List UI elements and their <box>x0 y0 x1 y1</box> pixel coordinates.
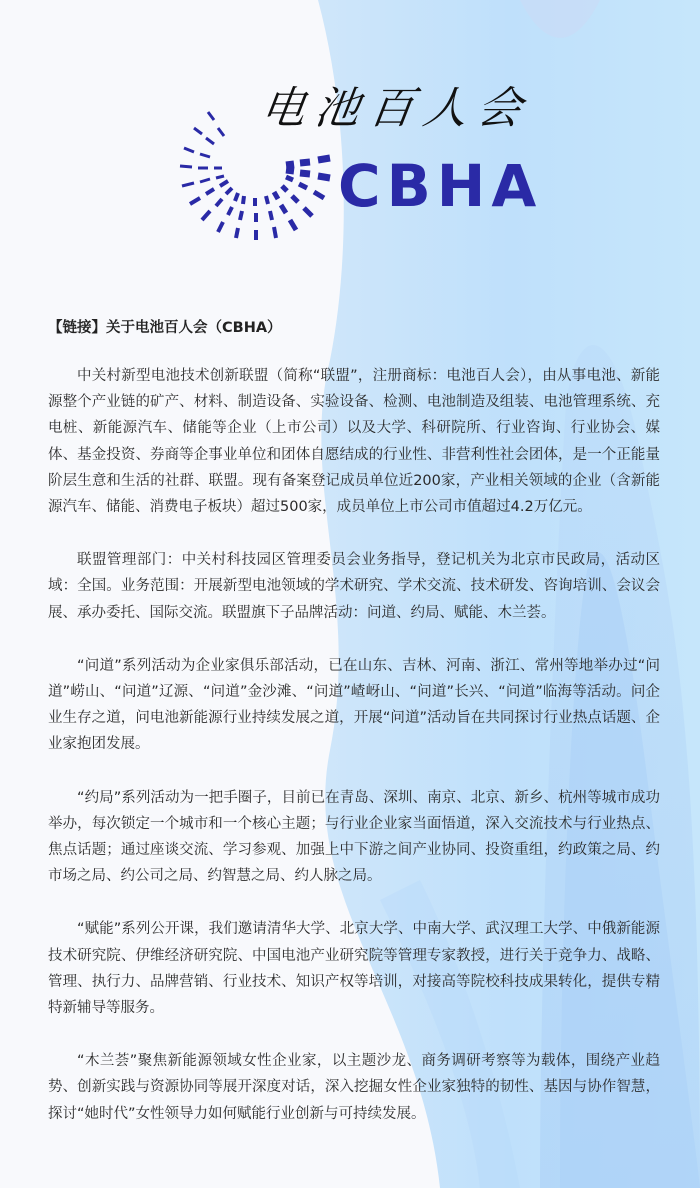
article-body: 中关村新型电池技术创新联盟（简称“联盟”，注册商标：电池百人会），由从事电池、新… <box>48 363 660 1154</box>
logo-english-name: CBHA <box>338 155 542 217</box>
paragraph-yueju: “约局”系列活动为一把手圈子，目前已在青岛、深圳、南京、北京、新乡、杭州等城市成… <box>48 785 660 890</box>
paragraph-mulanhui: “木兰荟”聚焦新能源领域女性企业家，以主题沙龙、商务调研考察等为载体，围绕产业趋… <box>48 1048 660 1127</box>
paragraph-management: 联盟管理部门：中关村科技园区管理委员会业务指导，登记机关为北京市民政局，活动区域… <box>48 547 660 626</box>
article-heading: 【链接】关于电池百人会（CBHA） <box>48 316 282 337</box>
article-page: 电池百人会 CBHA 【链接】关于电池百人会（CBHA） 中关村新型电池技术创新… <box>0 0 700 1188</box>
paragraph-wendao: “问道”系列活动为企业家俱乐部活动，已在山东、吉林、河南、浙江、常州等地举办过“… <box>48 653 660 758</box>
paragraph-about: 中关村新型电池技术创新联盟（简称“联盟”，注册商标：电池百人会），由从事电池、新… <box>48 363 660 520</box>
logo-chinese-name: 电池百人会 <box>258 72 537 136</box>
paragraph-funeng: “赋能”系列公开课，我们邀请清华大学、北京大学、中南大学、武汉理工大学、中俄新能… <box>48 916 660 1021</box>
